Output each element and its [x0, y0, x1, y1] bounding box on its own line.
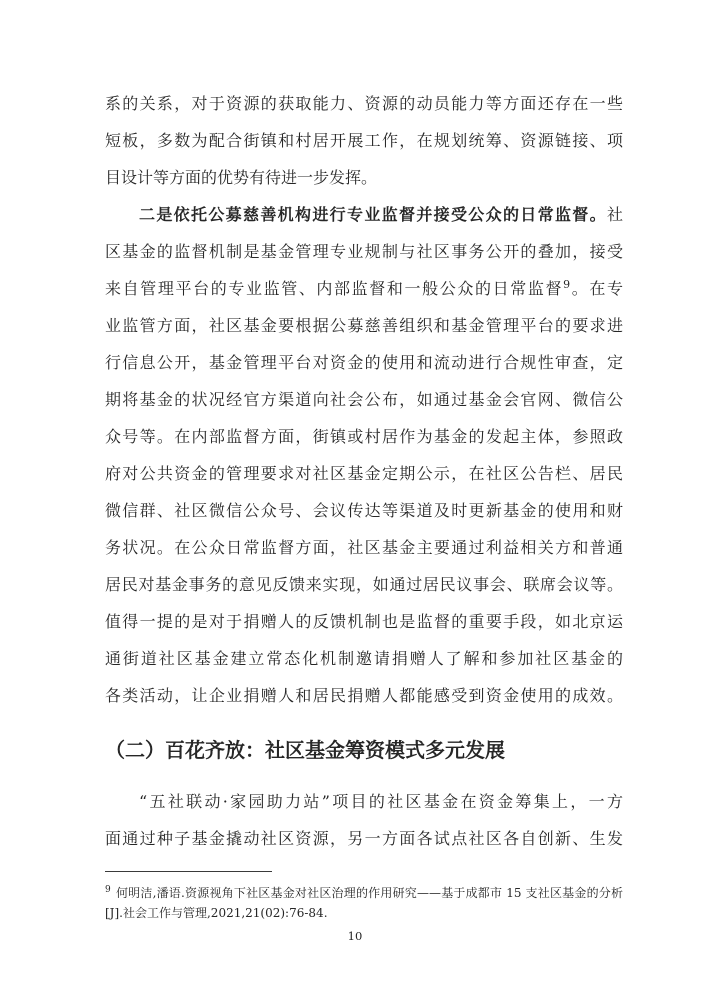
- text-line: 通街道社区基金建立常态化机制邀请捐赠人了解和参加社区基金的: [105, 640, 623, 677]
- text-line: 府对公共资金的管理要求对社区基金定期公示，在社区公告栏、居民: [105, 455, 623, 492]
- section-heading: （二）百花齐放：社区基金筹资模式多元发展: [105, 735, 623, 765]
- text-line: 行信息公开，基金管理平台对资金的使用和流动进行合规性审查，定: [105, 344, 623, 381]
- text-line: 目设计等方面的优势有待进一步发挥。: [105, 159, 623, 196]
- text-segment: 。在专: [570, 279, 623, 298]
- text-line: 各类活动，让企业捐赠人和居民捐赠人都能感受到资金使用的成效。: [105, 677, 623, 714]
- text-line: 面通过种子基金撬动社区资源，另一方面各试点社区各自创新、生发: [105, 820, 623, 857]
- paragraph: 二是依托公募慈善机构进行专业监督并接受公众的日常监督。社 区基金的监督机制是基金…: [105, 196, 623, 714]
- text-line: 区基金的监督机制是基金管理专业规制与社区事务公开的叠加，接受: [105, 233, 623, 270]
- document-page: 系的关系，对于资源的获取能力、资源的动员能力等方面还存在一些 短板，多数为配合街…: [0, 0, 710, 1004]
- lead-tail-text: 社: [607, 205, 623, 224]
- text-line: 众号等。在内部监督方面，街镇或村居作为基金的发起主体，参照政: [105, 418, 623, 455]
- text-line: 二是依托公募慈善机构进行专业监督并接受公众的日常监督。社: [105, 196, 623, 233]
- footnote: 9何明洁,潘语.资源视角下社区基金对社区治理的作用研究——基于成都市 15 支社…: [105, 871, 623, 923]
- text-line: 短板，多数为配合街镇和村居开展工作，在规划统筹、资源链接、项: [105, 122, 623, 159]
- text-line: 务状况。在公众日常监督方面，社区基金主要通过利益相关方和普通: [105, 529, 623, 566]
- text-line: 微信群、社区微信公众号、会议传达等渠道及时更新基金的使用和财: [105, 492, 623, 529]
- text-line: 值得一提的是对于捐赠人的反馈机制也是监督的重要手段，如北京运: [105, 603, 623, 640]
- paragraph: 系的关系，对于资源的获取能力、资源的动员能力等方面还存在一些 短板，多数为配合街…: [105, 85, 623, 196]
- text-line: 期将基金的状况经官方渠道向社会公布，如通过基金会官网、微信公: [105, 381, 623, 418]
- footnote-citation: 何明洁,潘语.资源视角下社区基金对社区治理的作用研究——基于成都市 15 支社区…: [105, 886, 623, 920]
- page-body: 系的关系，对于资源的获取能力、资源的动员能力等方面还存在一些 短板，多数为配合街…: [105, 85, 623, 923]
- bold-lead-text: 二是依托公募慈善机构进行专业监督并接受公众的日常监督。: [139, 205, 607, 224]
- paragraph: “五社联动·家园助力站”项目的社区基金在资金筹集上，一方 面通过种子基金撬动社区…: [105, 783, 623, 857]
- footnote-marker: 9: [105, 885, 116, 895]
- footnote-text: 9何明洁,潘语.资源视角下社区基金对社区治理的作用研究——基于成都市 15 支社…: [105, 872, 623, 923]
- text-line: 业监管方面，社区基金要根据公募慈善组织和基金管理平台的要求进: [105, 307, 623, 344]
- text-segment: 来自管理平台的专业监管、内部监督和一般公众的日常监督: [105, 279, 563, 298]
- text-line: 系的关系，对于资源的获取能力、资源的动员能力等方面还存在一些: [105, 85, 623, 122]
- text-line: 居民对基金事务的意见反馈来实现，如通过居民议事会、联席会议等。: [105, 566, 623, 603]
- text-line: 来自管理平台的专业监管、内部监督和一般公众的日常监督9。在专: [105, 270, 623, 307]
- page-number: 10: [0, 929, 710, 944]
- text-line: “五社联动·家园助力站”项目的社区基金在资金筹集上，一方: [105, 783, 623, 820]
